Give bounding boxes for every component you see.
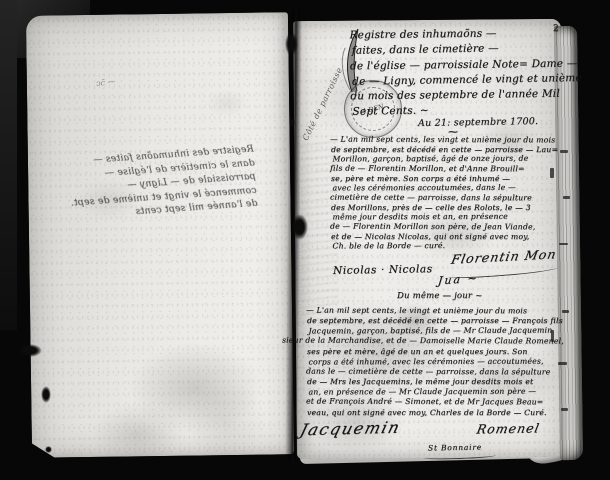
register-title: Registre des inhumaõns —faites, dans le … xyxy=(349,26,564,120)
gutter-ink-blob xyxy=(289,118,295,127)
signature-romenel: Romenel xyxy=(475,420,541,436)
entry-line: dans le — cimetière de cette — parroisse… xyxy=(306,366,563,377)
entry-line: — L'an mil sept cents, les vingt et uniè… xyxy=(330,135,563,145)
entry-2-heading: Du même — jour ~ xyxy=(397,291,482,301)
entry-line: ses père et mère, âgé de un an et quelqu… xyxy=(307,347,564,357)
gutter-ink-blob xyxy=(291,214,308,240)
ink-spot xyxy=(45,446,52,453)
register-scan-photo: Registre des inhumaõns faites —dans le c… xyxy=(0,0,610,480)
gutter-ink-blob xyxy=(285,32,298,56)
entry-line: cimetière de cette — parroisse, dans la … xyxy=(330,193,563,203)
burial-entry-1: — L'an mil sept cents, les vingt et uniè… xyxy=(331,135,564,251)
left-page xyxy=(26,12,294,458)
entry-line: — L'an mil sept cents, le vingt et unièm… xyxy=(306,306,563,317)
signature-jacquemin: Jacquemin xyxy=(298,418,403,440)
entry-line: sieur de la Marchandise, et de — Damoise… xyxy=(282,336,563,347)
fore-edge-ink-mark xyxy=(563,196,570,199)
entry-line: de — Florentin Morillon son père, de Jea… xyxy=(330,221,563,231)
signature-nicolas-nicolas: Nicolas · Nicolas xyxy=(333,263,433,277)
burial-entry-2: — L'an mil sept cents, le vingt et unièm… xyxy=(307,306,564,418)
microfilm-frame-band xyxy=(0,0,17,330)
entry-line: veau, qui ont signé avec moy, Charles de… xyxy=(307,408,564,418)
ink-spot xyxy=(18,344,42,357)
signature-bonnaire: St Bonnaire xyxy=(428,443,482,453)
ink-spot xyxy=(41,386,51,403)
entry-line: fils de — Florentin Morillon, et d'Anne … xyxy=(330,164,563,174)
date-heading: Au 21: septembre 1700. xyxy=(418,116,538,129)
entry-line: et de François André — Simonet, et de Mr… xyxy=(306,397,563,408)
